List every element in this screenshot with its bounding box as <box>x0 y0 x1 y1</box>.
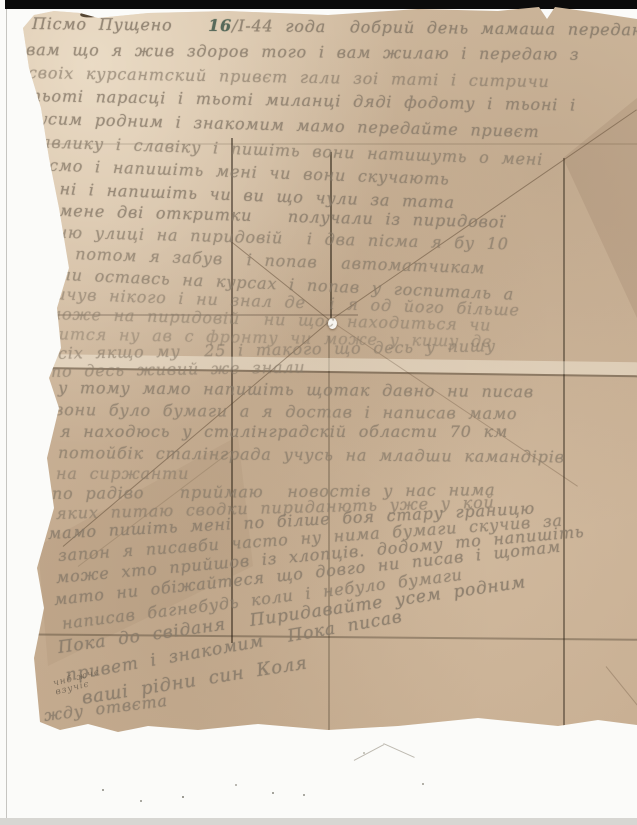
handwritten-line: вони було бумаги а я достав і написав ма… <box>54 400 518 423</box>
letter-date-rest: /I-44 года <box>232 16 326 36</box>
letter-date-number: 16 <box>208 16 232 35</box>
date-line-prefix: Пісмо Пущено <box>32 14 173 34</box>
date-line-greeting: добрий день мамаша передаю в <box>350 17 637 39</box>
letter-paper: Пісмо Пущено 16/I-44 года добрий день ма… <box>18 6 637 742</box>
handwritten-line: потойбік сталінграда учусь на младши кам… <box>58 443 565 466</box>
scan-bottom-border <box>0 818 637 825</box>
dust-specks <box>102 789 104 791</box>
faint-pencil-mark <box>383 743 414 758</box>
handwritten-line: на сиржанти <box>56 464 189 483</box>
scan-left-edge-line <box>6 9 7 825</box>
handwritten-line: у тому мамо напишіть щотак давно ни писа… <box>58 378 534 401</box>
handwritten-line: я находюсь у сталінградскій области 70 к… <box>60 422 508 441</box>
scan-top-border <box>5 0 637 9</box>
handwriting-layer: Пісмо Пущено 16/I-44 года добрий день ма… <box>18 6 637 742</box>
date-line: Пісмо Пущено 16/I-44 года добрий день ма… <box>32 14 637 40</box>
letter-scan: Пісмо Пущено 16/I-44 года добрий день ма… <box>0 0 637 825</box>
handwritten-line: вам що я жив здоров того і вам жилаю і п… <box>26 40 580 64</box>
faint-pencil-mark <box>354 744 384 761</box>
